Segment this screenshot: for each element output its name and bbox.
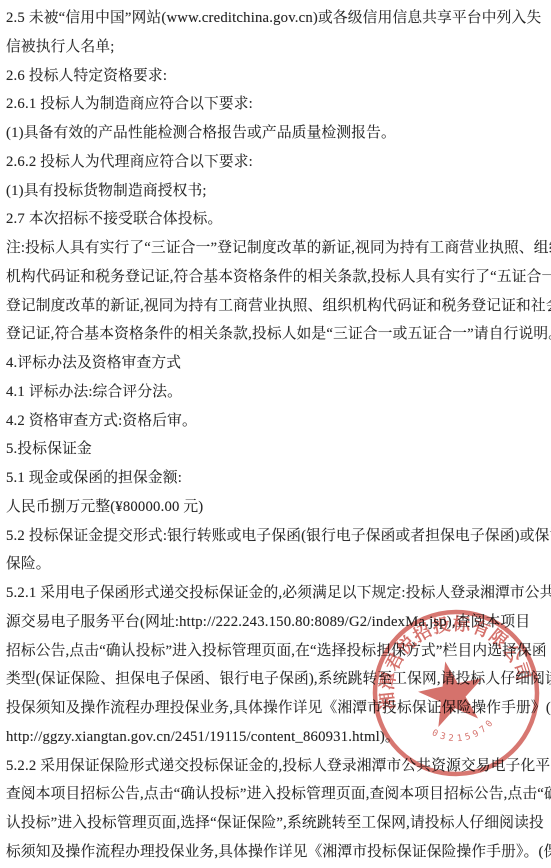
text-line: 类型(保证保险、担保电子保函、银行电子保函),系统跳转至工保网,请投标人仔细阅读 — [6, 665, 547, 694]
text-line: 投保须知及操作流程办理投保业务,具体操作详见《湘潭市投标保证保险操作手册》(网址 — [6, 694, 547, 723]
text-line: 登记制度改革的新证,视同为持有工商营业执照、组织机构代码证和税务登记证和社会保险 — [6, 292, 547, 321]
text-line: http://ggzy.xiangtan.gov.cn/2451/19115/c… — [6, 723, 547, 752]
text-line: 2.7 本次招标不接受联合体投标。 — [6, 205, 547, 234]
text-line: 人民币捌万元整(¥80000.00 元) — [6, 493, 547, 522]
text-line: 5.1 现金或保函的担保金额: — [6, 464, 547, 493]
text-line: 4.1 评标办法:综合评分法。 — [6, 378, 547, 407]
text-line: 标须知及操作流程办理投保业务,具体操作详见《湘潭市投标保证保险操作手册》。(保单… — [6, 838, 547, 867]
text-line: 信被执行人名单; — [6, 33, 547, 62]
text-line: 4.评标办法及资格审查方式 — [6, 349, 547, 378]
text-line: 源交易电子服务平台(网址:http://222.243.150.80:8089/… — [6, 608, 547, 637]
text-line: 5.2.2 采用保证保险形式递交投标保证金的,投标人登录湘潭市公共资源交易电子化… — [6, 752, 547, 781]
text-line: 注:投标人具有实行了“三证合一”登记制度改革的新证,视同为持有工商营业执照、组织 — [6, 234, 547, 263]
text-line: 4.2 资格审查方式:资格后审。 — [6, 407, 547, 436]
text-line: 2.5 未被“信用中国”网站(www.creditchina.gov.cn)或各… — [6, 4, 547, 33]
text-line: 2.6.2 投标人为代理商应符合以下要求: — [6, 148, 547, 177]
text-line: 认投标”进入投标管理页面,选择“保证保险”,系统跳转至工保网,请投标人仔细阅读投 — [6, 809, 547, 838]
text-line: (1)具备有效的产品性能检测合格报告或产品质量检测报告。 — [6, 119, 547, 148]
document-page: 2.5 未被“信用中国”网站(www.creditchina.gov.cn)或各… — [0, 0, 551, 868]
text-line: 2.6.1 投标人为制造商应符合以下要求: — [6, 90, 547, 119]
text-line: 招标公告,点击“确认投标”进入投标管理页面,在“选择投标担保方式”栏目内选择保函 — [6, 637, 547, 666]
text-line: 登记证,符合基本资格条件的相关条款,投标人如是“三证合一或五证合一”请自行说明。 — [6, 320, 547, 349]
text-line: (1)具有投标货物制造商授权书; — [6, 177, 547, 206]
text-line: 5.投标保证金 — [6, 435, 547, 464]
text-line: 5.2.1 采用电子保函形式递交投标保证金的,必须满足以下规定:投标人登录湘潭市… — [6, 579, 547, 608]
text-line: 机构代码证和税务登记证,符合基本资格条件的相关条款,投标人具有实行了“五证合一” — [6, 263, 547, 292]
text-line: 5.2 投标保证金提交形式:银行转账或电子保函(银行电子保函或者担保电子保函)或… — [6, 522, 547, 551]
text-line: 2.6 投标人特定资格要求: — [6, 62, 547, 91]
text-line: 保险。 — [6, 550, 547, 579]
text-line: 查阅本项目招标公告,点击“确认投标”进入投标管理页面,查阅本项目招标公告,点击“… — [6, 780, 547, 809]
